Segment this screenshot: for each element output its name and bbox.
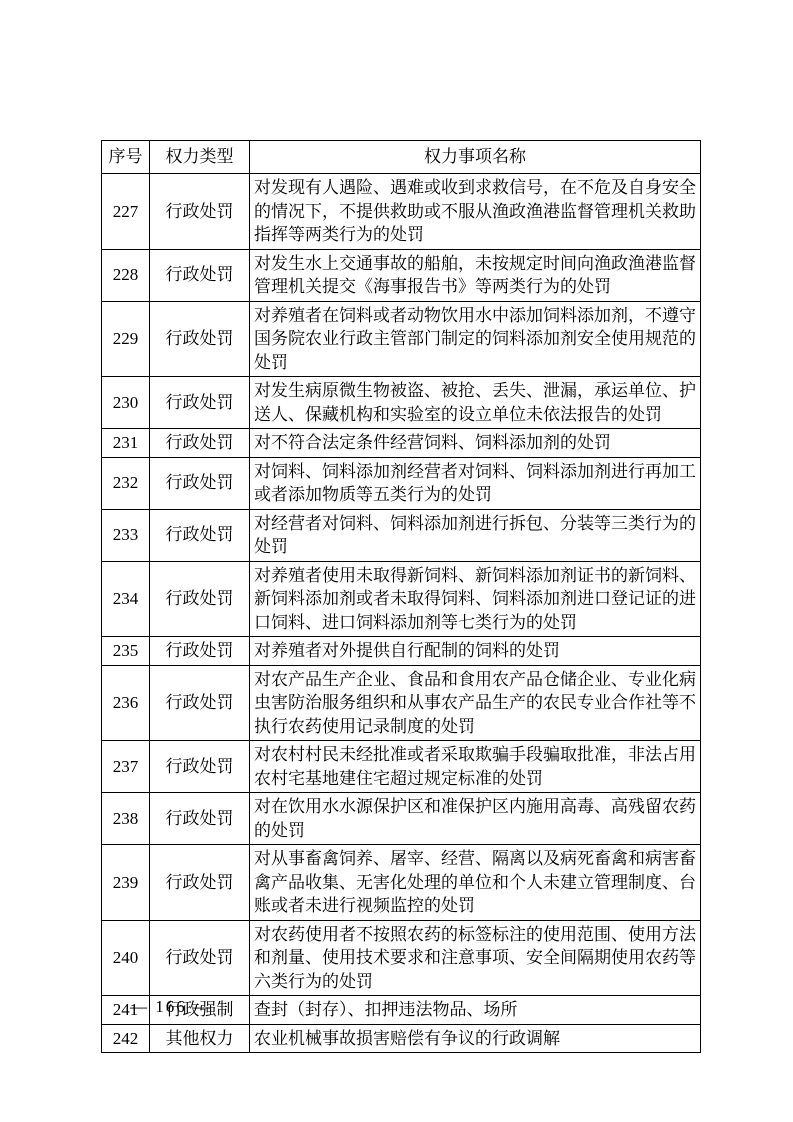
- cell-power-item-name: 对养殖者使用未取得新饲料、新饲料添加剂证书的新饲料、新饲料添加剂或者未取得饲料、…: [250, 561, 701, 637]
- cell-power-type: 行政处罚: [150, 457, 250, 509]
- cell-power-type: 行政处罚: [150, 301, 250, 377]
- header-row: 序号 权力类型 权力事项名称: [102, 141, 701, 174]
- cell-serial-number: 240: [102, 920, 150, 996]
- table-row: 235行政处罚对养殖者对外提供自行配制的饲料的处罚: [102, 637, 701, 666]
- page-number: — 166 —: [130, 997, 212, 1017]
- cell-power-item-name: 对农产品生产企业、食品和食用农产品仓储企业、专业化病虫害防治服务组织和从事农产品…: [250, 665, 701, 741]
- table-row: 240行政处罚对农药使用者不按照农药的标签标注的使用范围、使用方法和剂量、使用技…: [102, 920, 701, 996]
- cell-serial-number: 236: [102, 665, 150, 741]
- cell-power-type: 行政处罚: [150, 637, 250, 666]
- cell-serial-number: 227: [102, 174, 150, 250]
- cell-power-item-name: 查封（封存）、扣押违法物品、场所: [250, 996, 701, 1025]
- cell-serial-number: 239: [102, 845, 150, 921]
- cell-serial-number: 232: [102, 457, 150, 509]
- cell-serial-number: 242: [102, 1024, 150, 1053]
- cell-power-type: 行政处罚: [150, 429, 250, 458]
- table-row: 227行政处罚对发现有人遇险、遇难或收到求救信号，在不危及自身安全的情况下，不提…: [102, 174, 701, 250]
- cell-power-item-name: 对养殖者对外提供自行配制的饲料的处罚: [250, 637, 701, 666]
- table-row: 238行政处罚对在饮用水水源保护区和准保护区内施用高毒、高残留农药的处罚: [102, 793, 701, 845]
- cell-power-item-name: 对从事畜禽饲养、屠宰、经营、隔离以及病死畜禽和病害畜禽产品收集、无害化处理的单位…: [250, 845, 701, 921]
- cell-power-item-name: 对饲料、饲料添加剂经营者对饲料、饲料添加剂进行再加工或者添加物质等五类行为的处罚: [250, 457, 701, 509]
- cell-power-type: 行政处罚: [150, 377, 250, 429]
- cell-power-item-name: 对在饮用水水源保护区和准保护区内施用高毒、高残留农药的处罚: [250, 793, 701, 845]
- cell-power-item-name: 对经营者对饲料、饲料添加剂进行拆包、分装等三类行为的处罚: [250, 509, 701, 561]
- cell-power-type: 其他权力: [150, 1024, 250, 1053]
- table-row: 242其他权力农业机械事故损害赔偿有争议的行政调解: [102, 1024, 701, 1053]
- table-row: 233行政处罚对经营者对饲料、饲料添加剂进行拆包、分装等三类行为的处罚: [102, 509, 701, 561]
- cell-power-item-name: 对农药使用者不按照农药的标签标注的使用范围、使用方法和剂量、使用技术要求和注意事…: [250, 920, 701, 996]
- cell-serial-number: 229: [102, 301, 150, 377]
- table-row: 239行政处罚对从事畜禽饲养、屠宰、经营、隔离以及病死畜禽和病害畜禽产品收集、无…: [102, 845, 701, 921]
- table-row: 236行政处罚对农产品生产企业、食品和食用农产品仓储企业、专业化病虫害防治服务组…: [102, 665, 701, 741]
- table-row: 231行政处罚对不符合法定条件经营饲料、饲料添加剂的处罚: [102, 429, 701, 458]
- cell-serial-number: 238: [102, 793, 150, 845]
- cell-power-type: 行政处罚: [150, 561, 250, 637]
- table-row: 237行政处罚对农村村民未经批准或者采取欺骗手段骗取批准，非法占用农村宅基地建住…: [102, 741, 701, 793]
- cell-power-item-name: 对农村村民未经批准或者采取欺骗手段骗取批准，非法占用农村宅基地建住宅超过规定标准…: [250, 741, 701, 793]
- table-body: 227行政处罚对发现有人遇险、遇难或收到求救信号，在不危及自身安全的情况下，不提…: [102, 174, 701, 1053]
- cell-power-type: 行政处罚: [150, 665, 250, 741]
- cell-serial-number: 233: [102, 509, 150, 561]
- cell-serial-number: 230: [102, 377, 150, 429]
- cell-serial-number: 228: [102, 249, 150, 301]
- table-row: 230行政处罚对发生病原微生物被盗、被抢、丢失、泄漏，承运单位、护送人、保藏机构…: [102, 377, 701, 429]
- cell-power-item-name: 对发生病原微生物被盗、被抢、丢失、泄漏，承运单位、护送人、保藏机构和实验室的设立…: [250, 377, 701, 429]
- cell-serial-number: 231: [102, 429, 150, 458]
- cell-power-item-name: 对不符合法定条件经营饲料、饲料添加剂的处罚: [250, 429, 701, 458]
- cell-power-item-name: 对发生水上交通事故的船舶，未按规定时间向渔政渔港监督管理机关提交《海事报告书》等…: [250, 249, 701, 301]
- cell-power-type: 行政处罚: [150, 845, 250, 921]
- table-row: 228行政处罚对发生水上交通事故的船舶，未按规定时间向渔政渔港监督管理机关提交《…: [102, 249, 701, 301]
- cell-power-item-name: 对发现有人遇险、遇难或收到求救信号，在不危及自身安全的情况下，不提供救助或不服从…: [250, 174, 701, 250]
- table-row: 232行政处罚对饲料、饲料添加剂经营者对饲料、饲料添加剂进行再加工或者添加物质等…: [102, 457, 701, 509]
- cell-power-type: 行政处罚: [150, 920, 250, 996]
- cell-power-item-name: 农业机械事故损害赔偿有争议的行政调解: [250, 1024, 701, 1053]
- cell-serial-number: 237: [102, 741, 150, 793]
- authority-items-table: 序号 权力类型 权力事项名称 227行政处罚对发现有人遇险、遇难或收到求救信号，…: [101, 140, 701, 1053]
- column-header-power-item-name: 权力事项名称: [250, 141, 701, 174]
- table-header: 序号 权力类型 权力事项名称: [102, 141, 701, 174]
- column-header-power-type: 权力类型: [150, 141, 250, 174]
- column-header-serial-number: 序号: [102, 141, 150, 174]
- cell-power-type: 行政处罚: [150, 741, 250, 793]
- cell-power-type: 行政处罚: [150, 249, 250, 301]
- cell-power-type: 行政处罚: [150, 509, 250, 561]
- authority-items-table-container: 序号 权力类型 权力事项名称 227行政处罚对发现有人遇险、遇难或收到求救信号，…: [101, 140, 701, 1053]
- table-row: 234行政处罚对养殖者使用未取得新饲料、新饲料添加剂证书的新饲料、新饲料添加剂或…: [102, 561, 701, 637]
- table-row: 229行政处罚对养殖者在饲料或者动物饮用水中添加饲料添加剂，不遵守国务院农业行政…: [102, 301, 701, 377]
- cell-serial-number: 235: [102, 637, 150, 666]
- cell-power-type: 行政处罚: [150, 174, 250, 250]
- cell-power-item-name: 对养殖者在饲料或者动物饮用水中添加饲料添加剂，不遵守国务院农业行政主管部门制定的…: [250, 301, 701, 377]
- cell-power-type: 行政处罚: [150, 793, 250, 845]
- cell-serial-number: 234: [102, 561, 150, 637]
